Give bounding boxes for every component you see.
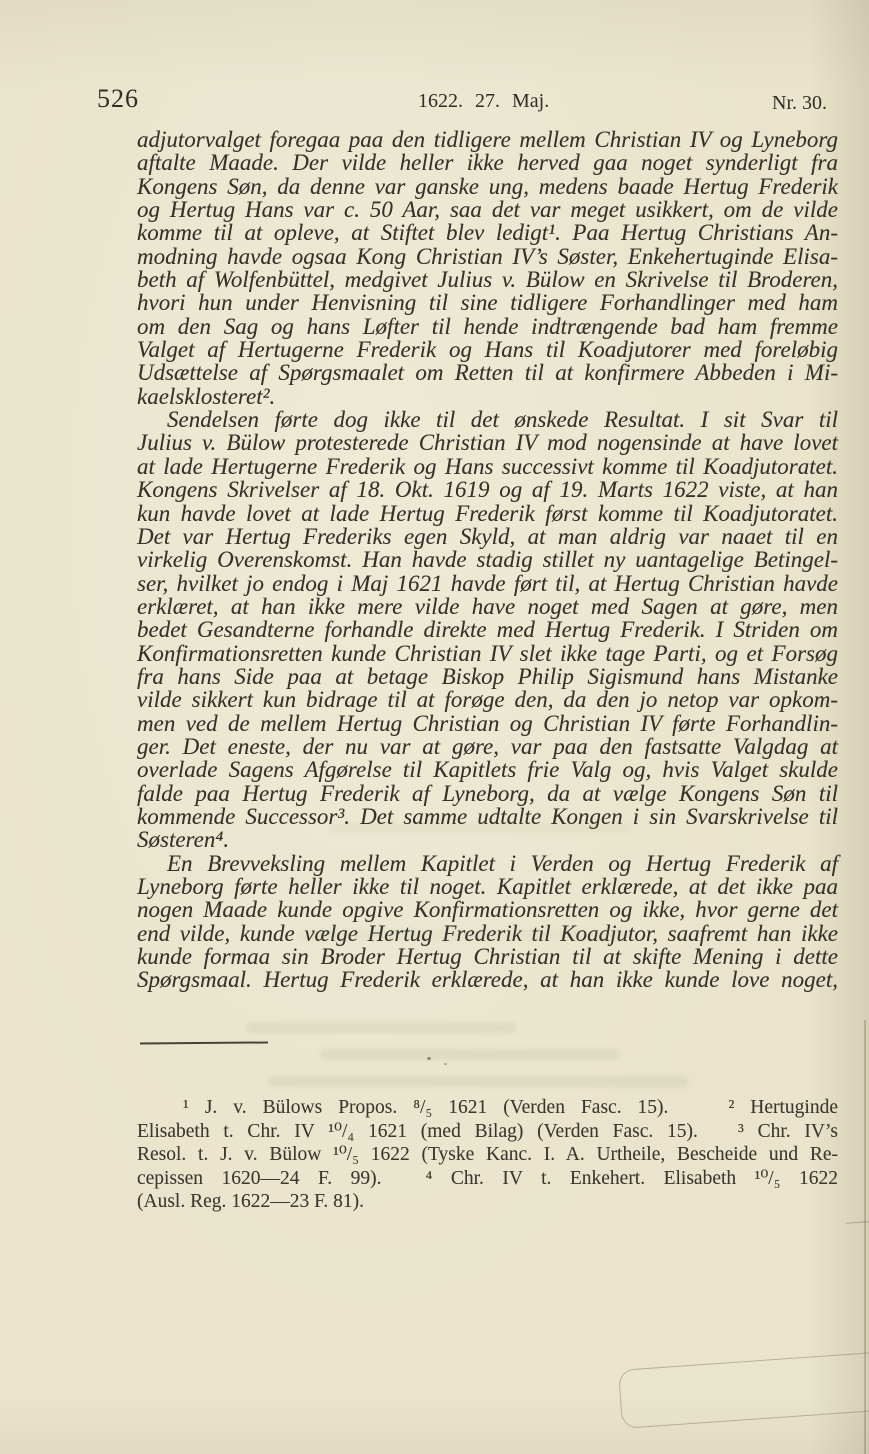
body-line: Kongens Søn, da denne var ganske ung, me… xyxy=(137,175,838,198)
body-line: Julius v. Bülow protesterede Christian I… xyxy=(137,431,838,454)
footnote-text: ³ Chr. IV’s xyxy=(738,1121,838,1142)
body-line: aftalte Maade. Der vilde heller ikke her… xyxy=(137,151,838,174)
footnote-text: Resol. t. J. v. Bülow ¹⁰/₅ 1622 (Tyske K… xyxy=(137,1144,838,1165)
page-number: 526 xyxy=(97,84,139,114)
body-line: vilde sikkert kun bidrage til at forøge … xyxy=(137,688,838,711)
body-line: kaelsklosteret². xyxy=(137,385,838,408)
show-through-artifact xyxy=(268,1076,688,1087)
body-line: modning havde ogsaa Kong Christian IV’s … xyxy=(137,245,838,268)
body-line: at lade Hertugerne Frederik og Hans succ… xyxy=(137,455,838,478)
body-line: fra hans Side paa at betage Biskop Phili… xyxy=(137,665,838,688)
footnote-line: ¹ J. v. Bülows Propos. ⁸/₅ 1621 (Verden … xyxy=(137,1096,838,1120)
body-line: Lyneborg førte heller ikke til noget. Ka… xyxy=(137,875,838,898)
body-line: om den Sag og hans Løfter til hende indt… xyxy=(137,315,838,338)
footnote-text: Elisabeth t. Chr. IV ¹⁰/₄ 1621 (med Bila… xyxy=(137,1121,698,1142)
body-line: falde paa Hertug Frederik af Lyneborg, d… xyxy=(137,782,838,805)
body-line: hvori hun under Henvisning til sine tidl… xyxy=(137,291,838,314)
body-line: Konfirmationsretten kunde Christian IV s… xyxy=(137,642,838,665)
body-line: adjutorvalget foregaa paa den tidligere … xyxy=(137,128,838,151)
body-line: Valget af Hertugerne Frederik og Hans ti… xyxy=(137,338,838,361)
body-line: nogen Maade kunde opgive Konfirmationsre… xyxy=(137,898,838,921)
body-line: ser, hvilket jo endog i Maj 1621 havde f… xyxy=(137,572,838,595)
footnote-line: cepissen 1620—24 F. 99).⁴ Chr. IV t. Enk… xyxy=(137,1167,838,1191)
body-line: Det var Hertug Frederiks egen Skyld, at … xyxy=(137,525,838,548)
footnote-line: Elisabeth t. Chr. IV ¹⁰/₄ 1621 (med Bila… xyxy=(137,1120,838,1144)
body-line: Kongens Skrivelser af 18. Okt. 1619 og a… xyxy=(137,478,838,501)
show-through-artifact xyxy=(320,1049,620,1060)
body-line: og Hertug Hans var c. 50 Aar, saa det va… xyxy=(137,198,838,221)
page-526: 526 1622. 27. Maj. Nr. 30. adjutorvalget… xyxy=(0,0,869,1454)
footnote-text: ⁴ Chr. IV t. Enkehert. Elisabeth ¹⁰/₅ 16… xyxy=(426,1168,838,1189)
body-line: virkelig Overenskomst. Han havde stadig … xyxy=(137,548,838,571)
body-line: Spørgsmaal. Hertug Frederik erklærede, a… xyxy=(137,968,838,991)
show-through-artifact xyxy=(330,823,630,833)
body-line: bedet Gesandterne forhandle direkte med … xyxy=(137,618,838,641)
footnote-gap xyxy=(698,1136,738,1137)
footnote-text: ² Hertuginde xyxy=(728,1097,838,1118)
show-through-artifact xyxy=(246,1022,516,1033)
main-text-block: adjutorvalget foregaa paa den tidligere … xyxy=(137,128,838,992)
body-line: ger. Det eneste, der nu var at gøre, var… xyxy=(137,735,838,758)
ink-speck xyxy=(444,1063,447,1065)
body-line: Sendelsen førte dog ikke til det ønskede… xyxy=(137,408,838,431)
body-line: komme til at opleve, at Stiftet blev led… xyxy=(137,221,838,244)
footnote-line: (Ausl. Reg. 1622—23 F. 81). xyxy=(137,1190,838,1214)
body-line: kun havde lovet at lade Hertug Frederik … xyxy=(137,502,838,525)
footnote-gap xyxy=(382,1183,426,1184)
scanned-book-page: { "colors": { "paper": "#e9e4cb", "ink":… xyxy=(0,0,869,1454)
transparent-tab-artifact xyxy=(618,1349,869,1429)
footnote-line: Resol. t. J. v. Bülow ¹⁰/₅ 1622 (Tyske K… xyxy=(137,1143,838,1167)
running-head-date: 1622. 27. Maj. xyxy=(418,90,549,113)
footnote-separator-rule xyxy=(140,1041,268,1044)
footnote-text: ¹ J. v. Bülows Propos. ⁸/₅ 1621 (Verden … xyxy=(183,1097,668,1118)
footnote-gap xyxy=(668,1112,728,1113)
body-line: men ved de mellem Hertug Christian og Ch… xyxy=(137,712,838,735)
footnote-text: (Ausl. Reg. 1622—23 F. 81). xyxy=(137,1191,364,1212)
show-through-artifact xyxy=(300,930,630,940)
ink-speck xyxy=(427,1057,431,1060)
footnotes-block: ¹ J. v. Bülows Propos. ⁸/₅ 1621 (Verden … xyxy=(137,1096,838,1214)
body-line: beth af Wolfenbüttel, medgivet Julius v.… xyxy=(137,268,838,291)
body-line: overlade Sagens Afgørelse til Kapitlets … xyxy=(137,758,838,781)
body-line: Udsættelse af Spørgsmaalet om Retten til… xyxy=(137,361,838,384)
body-line: erklæret, at han ikke mere vilde have no… xyxy=(137,595,838,618)
body-line: En Brevveksling mellem Kapitlet i Verden… xyxy=(137,852,838,875)
body-line: kunde formaa sin Broder Hertug Christian… xyxy=(137,945,838,968)
footnote-text: cepissen 1620—24 F. 99). xyxy=(137,1168,382,1189)
running-head-entry-number: Nr. 30. xyxy=(772,92,827,115)
